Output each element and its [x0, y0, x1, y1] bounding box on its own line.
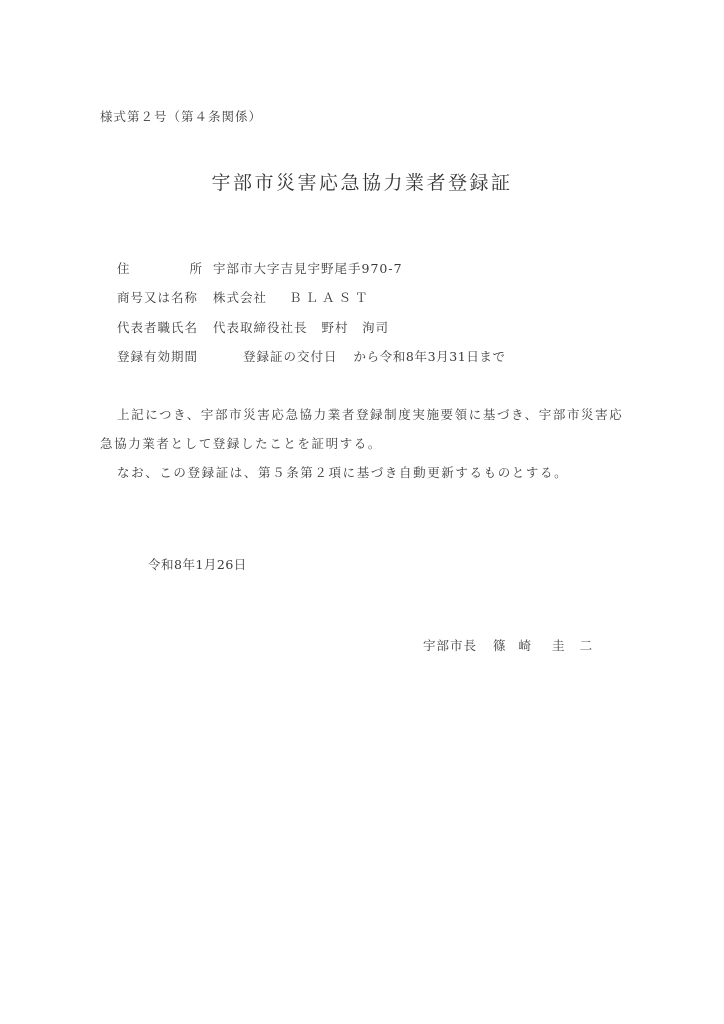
validity-end: から令和8年3月31日まで	[354, 349, 506, 364]
body-paragraph-1-line-1: 上記につき、宇部市災害応急協力業者登録制度実施要領に基づき、宇部市災害応	[117, 405, 623, 423]
document-title: 宇部市災害応急協力業者登録証	[0, 168, 724, 195]
representative-value: 代表取締役社長野村 洵司	[213, 318, 389, 336]
issuer-title: 宇部市長	[423, 636, 477, 654]
address-label-char-2: 所	[189, 259, 203, 277]
representative-title: 代表取締役社長	[213, 320, 308, 335]
address-value: 宇部市大字吉見宇野尾手970-7	[213, 259, 403, 277]
validity-value: 登録証の交付日から令和8年3月31日まで	[243, 347, 506, 365]
issuer-name-char-2: 崎	[519, 636, 533, 654]
body-paragraph-2: なお、この登録証は、第５条第２項に基づき自動更新するものとする。	[117, 463, 568, 481]
issuer-name-char-3: 圭	[552, 636, 566, 654]
company-label: 商号又は名称	[117, 288, 203, 306]
company-value: 株式会社ＢＬＡＳＴ	[213, 288, 372, 306]
issue-date: 令和8年1月26日	[148, 555, 247, 573]
issuer-name-char-4: 二	[580, 636, 594, 654]
address-label: 住 所	[117, 259, 203, 277]
representative-label: 代表者職氏名	[117, 318, 203, 336]
address-label-char-1: 住	[117, 259, 131, 277]
body-paragraph-1-line-2: 急協力業者として登録したことを証明する。	[100, 434, 382, 452]
issuer-name-char-1: 篠	[493, 636, 507, 654]
representative-name: 野村 洵司	[322, 320, 390, 335]
company-name: ＢＬＡＳＴ	[289, 290, 372, 305]
form-number: 様式第２号（第４条関係）	[100, 107, 262, 125]
company-type: 株式会社	[213, 290, 267, 305]
validity-label: 登録有効期間	[117, 347, 203, 365]
issuer-signature: 宇部市長篠崎圭二	[423, 636, 593, 654]
validity-start: 登録証の交付日	[243, 349, 338, 364]
